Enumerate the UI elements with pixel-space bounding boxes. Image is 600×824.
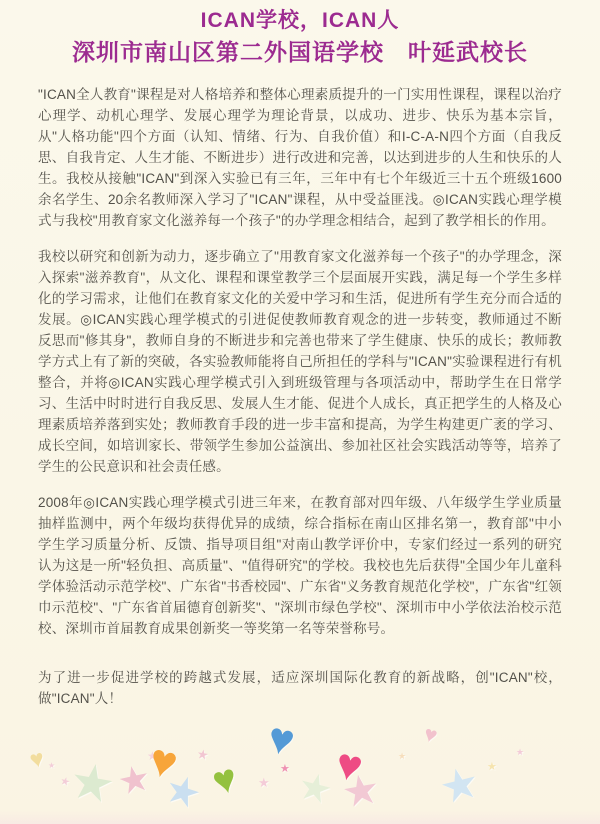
page-title: ICAN学校，ICAN人 [0, 7, 600, 35]
document-header: ICAN学校，ICAN人 深圳市南山区第二外国语学校 叶延武校长 [0, 0, 600, 67]
star-decoration: ★ [280, 764, 290, 775]
heart-decoration: ♥ [28, 747, 47, 773]
star-decoration: ★ [258, 776, 270, 789]
star-decoration: ★ [294, 766, 336, 811]
heart-decoration: ♥ [332, 742, 367, 790]
page-subtitle: 深圳市南山区第二外国语学校 叶延武校长 [0, 37, 600, 67]
star-decoration: ★ [487, 762, 497, 773]
paragraph-achievements: 2008年◎ICAN实践心理学模式引进三年来，在教育部对四年级、八年级学生学业质… [38, 492, 562, 639]
star-decoration: ★ [48, 762, 55, 770]
star-decoration: ★ [398, 752, 406, 761]
star-decoration: ★ [59, 776, 71, 789]
paragraph-intro: "ICAN全人教育"课程是对人格培养和整体心理素质提升的一门实用性课程，课程以治… [38, 84, 562, 231]
document-page: ICAN学校，ICAN人 深圳市南山区第二外国语学校 叶延武校长 "ICAN全人… [0, 0, 600, 824]
star-decoration: ★ [160, 767, 206, 816]
paragraph-closing: 为了进一步促进学校的跨越式发展，适应深圳国际化教育的新战略，创"ICAN"校，做… [38, 667, 562, 709]
star-decoration: ★ [115, 759, 154, 801]
heart-decoration: ♥ [421, 723, 440, 748]
star-decoration: ★ [196, 747, 210, 762]
heart-decoration: ♥ [145, 735, 183, 786]
paragraph-practice: 我校以研究和创新为动力，逐步确立了"用教育家文化滋养每一个孩子"的办学理念，深入… [38, 246, 562, 477]
star-decoration: ★ [516, 748, 524, 757]
heart-decoration: ♥ [208, 758, 241, 803]
star-decoration: ★ [339, 767, 383, 815]
article-body: "ICAN全人教育"课程是对人格培养和整体心理素质提升的一门实用性课程，课程以治… [0, 67, 600, 709]
heart-decoration: ♥ [264, 716, 299, 764]
star-decoration: ★ [435, 760, 484, 812]
star-decoration: ★ [66, 754, 119, 811]
star-decoration: ★ [147, 750, 158, 762]
